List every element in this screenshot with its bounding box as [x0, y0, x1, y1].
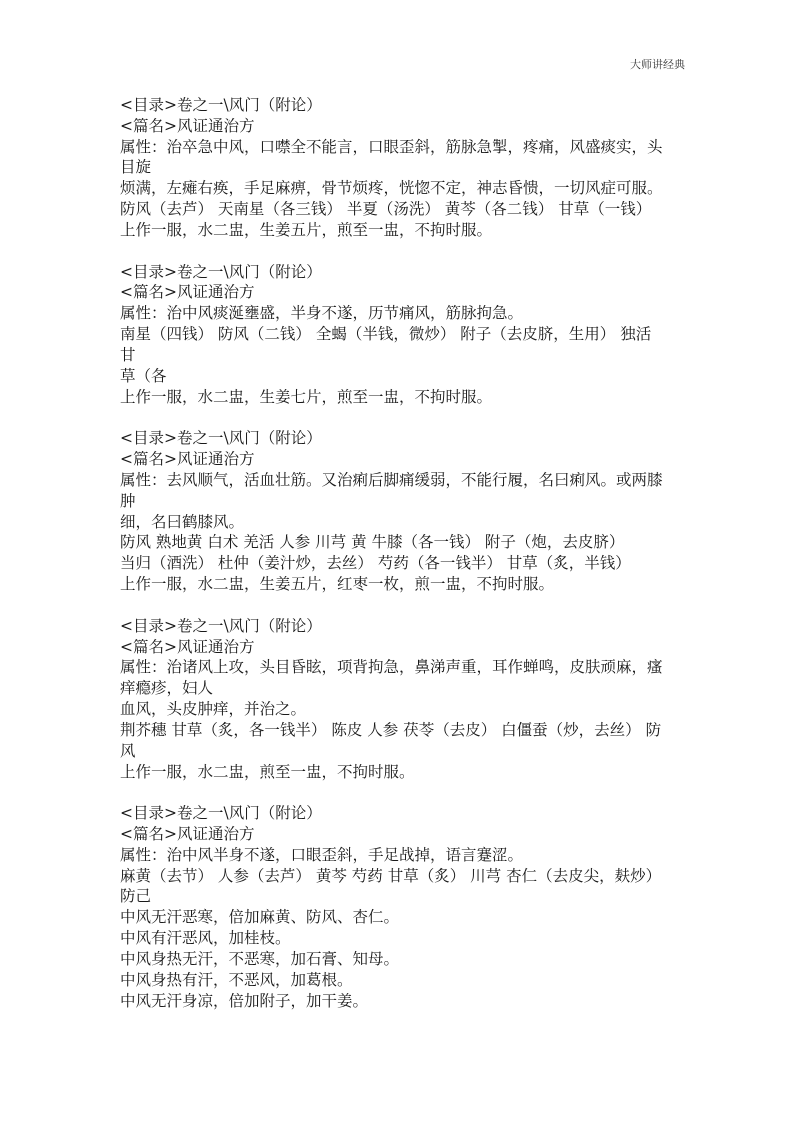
text-line: 防己 [120, 886, 676, 907]
text-line: 目旋 [120, 157, 676, 178]
text-line: 草（各 [120, 366, 676, 387]
entry-4: <目录>卷之一\风门（附论） <篇名>风证通治方 属性：治诸风上攻，头目昏眩，项… [120, 616, 676, 783]
toc-line: <目录>卷之一\风门（附论） [120, 262, 676, 283]
ingredients-line: 防风 熟地黄 白术 羌活 人参 川芎 黄 牛膝（各一钱） 附子（炮，去皮脐） [120, 532, 676, 553]
toc-line: <目录>卷之一\风门（附论） [120, 616, 676, 637]
text-line: 肿 [120, 491, 676, 512]
chapter-name-line: <篇名>风证通治方 [120, 824, 676, 845]
toc-line: <目录>卷之一\风门（附论） [120, 428, 676, 449]
text-line: 烦满，左瘫右痪，手足麻痹，骨节烦疼，恍惚不定，神志昏愦，一切风症可服。 [120, 178, 676, 199]
modification-line: 中风有汗恶风，加桂枝。 [120, 928, 676, 949]
attribute-line: 属性：治卒急中风，口噤全不能言，口眼歪斜，筋脉急掣，疼痛，风盛痰实，头 [120, 137, 676, 158]
document-body: <目录>卷之一\风门（附论） <篇名>风证通治方 属性：治卒急中风，口噤全不能言… [120, 95, 676, 1011]
spacer [120, 782, 676, 803]
spacer [120, 241, 676, 262]
directions-line: 上作一服，水二盅，生姜五片，煎至一盅，不拘时服。 [120, 220, 676, 241]
directions-line: 上作一服，水二盅，生姜七片，煎至一盅，不拘时服。 [120, 387, 676, 408]
toc-line: <目录>卷之一\风门（附论） [120, 803, 676, 824]
attribute-line: 属性：治中风痰涎壅盛，半身不遂，历节痛风，筋脉拘急。 [120, 303, 676, 324]
attribute-line: 属性：去风顺气，活血壮筋。又治痢后脚痛缓弱，不能行履，名曰痢风。或两膝 [120, 470, 676, 491]
spacer [120, 407, 676, 428]
ingredients-line: 麻黄（去节） 人参（去芦） 黄芩 芍药 甘草（炙） 川芎 杏仁（去皮尖，麸炒） [120, 866, 676, 887]
entry-3: <目录>卷之一\风门（附论） <篇名>风证通治方 属性：去风顺气，活血壮筋。又治… [120, 428, 676, 595]
modification-line: 中风身热有汗，不恶风，加葛根。 [120, 970, 676, 991]
attribute-line: 属性：治中风半身不遂，口眼歪斜，手足战掉，语言蹇涩。 [120, 845, 676, 866]
page-header-title: 大师讲经典 [630, 58, 685, 72]
text-line: 风 [120, 741, 676, 762]
modification-line: 中风无汗身凉，倍加附子，加干姜。 [120, 991, 676, 1012]
text-line: 血风，头皮肿痒，并治之。 [120, 699, 676, 720]
modification-line: 中风无汗恶寒，倍加麻黄、防风、杏仁。 [120, 907, 676, 928]
ingredients-line: 南星（四钱） 防风（二钱） 全蝎（半钱，微炒） 附子（去皮脐，生用） 独活 [120, 324, 676, 345]
text-line: 甘 [120, 345, 676, 366]
ingredients-line: 防风（去芦） 天南星（各三钱） 半夏（汤洗） 黄芩（各二钱） 甘草（一钱） [120, 199, 676, 220]
chapter-name-line: <篇名>风证通治方 [120, 116, 676, 137]
attribute-line: 属性：治诸风上攻，头目昏眩，项背拘急，鼻涕声重，耳作蝉鸣，皮肤顽麻，瘙 [120, 657, 676, 678]
toc-line: <目录>卷之一\风门（附论） [120, 95, 676, 116]
directions-line: 上作一服，水二盅，煎至一盅，不拘时服。 [120, 762, 676, 783]
directions-line: 上作一服，水二盅，生姜五片，红枣一枚，煎一盅，不拘时服。 [120, 574, 676, 595]
chapter-name-line: <篇名>风证通治方 [120, 637, 676, 658]
text-line: 痒瘾疹，妇人 [120, 678, 676, 699]
text-line: 细，名曰鹤膝风。 [120, 512, 676, 533]
spacer [120, 595, 676, 616]
ingredients-line: 当归（酒洗） 杜仲（姜汁炒，去丝） 芍药（各一钱半） 甘草（炙，半钱） [120, 553, 676, 574]
modification-line: 中风身热无汗，不恶寒，加石膏、知母。 [120, 949, 676, 970]
entry-1: <目录>卷之一\风门（附论） <篇名>风证通治方 属性：治卒急中风，口噤全不能言… [120, 95, 676, 241]
ingredients-line: 荆芥穗 甘草（炙，各一钱半） 陈皮 人参 茯苓（去皮） 白僵蚕（炒，去丝） 防 [120, 720, 676, 741]
chapter-name-line: <篇名>风证通治方 [120, 282, 676, 303]
entry-2: <目录>卷之一\风门（附论） <篇名>风证通治方 属性：治中风痰涎壅盛，半身不遂… [120, 262, 676, 408]
chapter-name-line: <篇名>风证通治方 [120, 449, 676, 470]
entry-5: <目录>卷之一\风门（附论） <篇名>风证通治方 属性：治中风半身不遂，口眼歪斜… [120, 803, 676, 1011]
